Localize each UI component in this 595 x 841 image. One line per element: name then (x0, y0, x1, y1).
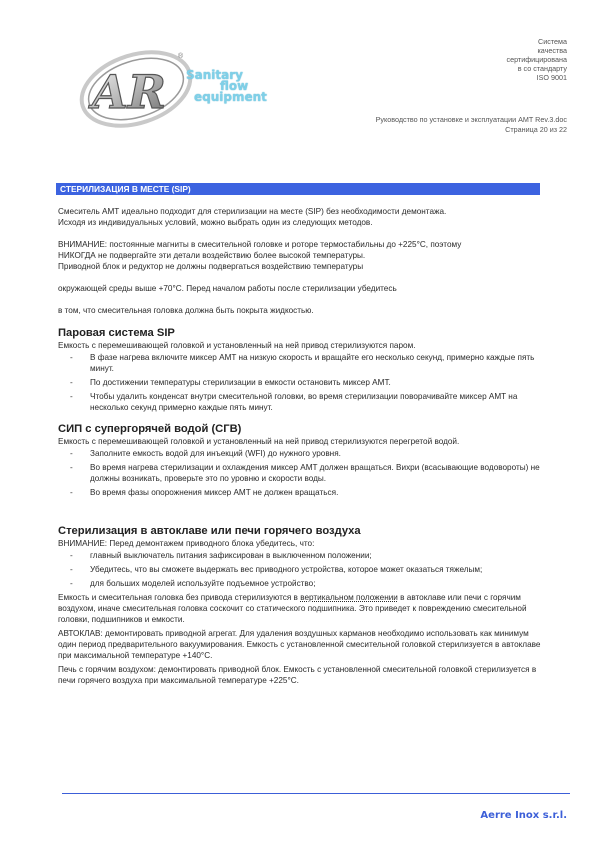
document-body: Смеситель AMT идеально подходит для стер… (58, 206, 548, 686)
cert-line: качества (507, 46, 568, 55)
steam-intro: Емкость с перемешивающей головкой и уста… (58, 340, 548, 351)
section-title-band: СТЕРИЛИЗАЦИЯ В МЕСТЕ (SIP) (56, 183, 540, 195)
cert-line: Система (507, 37, 568, 46)
list-item: В фазе нагрева включите миксер AMT на ни… (58, 352, 548, 374)
list-item: По достижении температуры стерилизации в… (58, 377, 548, 388)
autoclave-paragraph: Емкость и смесительная головка без приво… (58, 592, 548, 625)
hot-air-oven-paragraph: Печь с горячим воздухом: демонтировать п… (58, 664, 548, 686)
subsection-heading-autoclave: Стерилизация в автоклаве или печи горяче… (58, 525, 548, 538)
underlined-text: вертикальном положении (300, 593, 398, 602)
document-name: Руководство по установке и эксплуатации … (376, 115, 567, 125)
subsection-heading-hot-water: СИП с супергорячей водой (СГВ) (58, 423, 548, 436)
intro-line: Смеситель AMT идеально подходит для стер… (58, 206, 548, 217)
svg-text:AR: AR (88, 65, 166, 119)
warning-line: Приводной блок и редуктор не должны подв… (58, 261, 548, 272)
list-item: Заполните емкость водой для инъекций (WF… (58, 448, 548, 459)
autoclave-list: главный выключатель питания зафиксирован… (58, 550, 548, 589)
hot-water-list: Заполните емкость водой для инъекций (WF… (58, 448, 548, 498)
document-reference: Руководство по установке и эксплуатации … (376, 115, 567, 135)
cert-line: ISO 9001 (507, 73, 568, 82)
ar-logo-icon: AR ® (78, 44, 196, 130)
tagline: Sanitary flow equipment (186, 70, 286, 103)
certification-block: Система качества сертифицирована в со ст… (507, 37, 568, 82)
page-number: Страница 20 из 22 (376, 125, 567, 135)
steam-list: В фазе нагрева включите миксер AMT на ни… (58, 352, 548, 413)
company-logo: AR ® (78, 44, 196, 130)
autoclave-paragraph: АВТОКЛАВ: демонтировать приводной агрега… (58, 628, 548, 661)
list-item: главный выключатель питания зафиксирован… (58, 550, 548, 561)
intro-line: Исходя из индивидуальных условий, можно … (58, 217, 548, 228)
list-item: Во время нагрева стерилизации и охлажден… (58, 462, 548, 484)
cert-line: в со стандарту (507, 64, 568, 73)
warning-line: окружающей среды выше +70°C. Перед начал… (58, 283, 548, 294)
subsection-heading-steam: Паровая система SIP (58, 327, 548, 340)
warning-line: в том, что смесительная головка должна б… (58, 305, 548, 316)
list-item: Убедитесь, что вы сможете выдержать вес … (58, 564, 548, 575)
warning-line: ВНИМАНИЕ: постоянные магниты в смеситель… (58, 239, 548, 250)
list-item: Чтобы удалить конденсат внутри смеситель… (58, 391, 548, 413)
warning-line: НИКОГДА не подвергайте эти детали воздей… (58, 250, 548, 261)
tagline-line: equipment (186, 92, 286, 103)
list-item: Во время фазы опорожнения миксер AMT не … (58, 487, 548, 498)
autoclave-intro: ВНИМАНИЕ: Перед демонтажем приводного бл… (58, 538, 548, 549)
company-name: Aerre Inox s.r.l. (480, 810, 567, 821)
hot-water-intro: Емкость с перемешивающей головкой и уста… (58, 436, 548, 447)
cert-line: сертифицирована (507, 55, 568, 64)
svg-text:®: ® (178, 52, 184, 60)
footer-divider (62, 793, 570, 794)
text-run: Емкость и смесительная головка без приво… (58, 593, 300, 602)
list-item: для больших моделей используйте подъемно… (58, 578, 548, 589)
